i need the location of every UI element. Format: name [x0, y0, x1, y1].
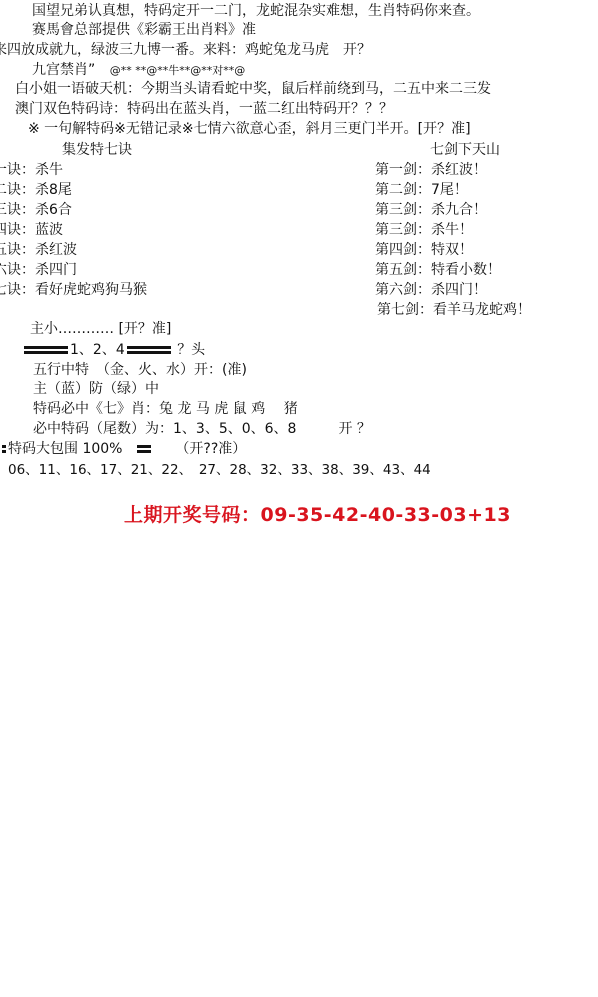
intro-line-3: 来四放成就九，绿波三九博一番。来料：鸡蛇兔龙马虎 开？	[0, 41, 371, 59]
double-bar-icon	[137, 445, 151, 453]
right-item: 第五剑：特看小数！	[375, 261, 501, 279]
nine-palace-label: 九宫禁肖”	[32, 62, 95, 78]
right-item: 第三剑：杀牛！	[375, 221, 473, 239]
main-small-tip: 主小………… [开？准]	[30, 320, 171, 338]
right-item: 第一剑：杀红波！	[375, 161, 487, 179]
left-item: 四诀：蓝波	[0, 221, 63, 239]
right-item: 第四剑：特双！	[375, 241, 473, 259]
left-item: 一诀：杀牛	[0, 161, 63, 179]
number-list: 06、11、16、17、21、22、 27、28、32、33、38、39、43、…	[8, 461, 431, 479]
last-draw-numbers: 09-35-42-40-33-03+13	[261, 504, 511, 526]
head-suffix: ？头	[177, 342, 205, 358]
right-item: 第二剑：7尾！	[375, 181, 468, 199]
intro-line-1: 国望兄弟认真想，特码定开一二门，龙蛇混杂实难想，生肖特码你来查。	[32, 2, 480, 20]
intro-line-5: 白小姐一语破天机：今期当头请看蛇中奖，鼠后样前绕到马，二五中来二三发	[15, 80, 491, 98]
tail-numbers-tip: 必中特码（尾数）为：1、3、5、0、6、8 开 ？	[33, 420, 371, 438]
zodiac-tip: 特码必中《七》肖：兔 龙 马 虎 鼠 鸡 猪	[33, 400, 298, 418]
big-wrap-suffix: （开??准）	[175, 441, 246, 457]
right-item: 第六剑：杀四门！	[375, 281, 487, 299]
right-item: 第三剑：杀九合！	[375, 201, 487, 219]
left-item: 五诀：杀红波	[0, 241, 77, 259]
right-item: 第七剑：看羊马龙蛇鸡！	[377, 301, 531, 319]
left-section-title: 集发特七诀	[62, 141, 132, 159]
intro-line-7: ※ 一句解特码※无错记录※七情六欲意心歪，斜月三更门半开。[开？准]	[28, 120, 471, 138]
main-color-tip: 主（蓝）防（绿）中	[33, 380, 159, 398]
double-bar-icon	[2, 445, 6, 453]
nine-palace-code: @** **@**牛**@**对**@	[110, 64, 246, 77]
last-draw-result: 上期开奖号码：09-35-42-40-33-03+13	[124, 500, 511, 527]
intro-line-4: 九宫禁肖” @** **@**牛**@**对**@	[32, 61, 245, 80]
right-section-title: 七剑下天山	[430, 141, 500, 159]
left-item: 六诀：杀四门	[0, 261, 77, 279]
last-draw-label: 上期开奖号码：	[124, 504, 261, 526]
big-wrap-tip: 特码大包围 100% （开??准）	[0, 440, 246, 458]
head-numbers-tip: 1、2、4 ？头	[22, 341, 205, 359]
left-item: 七诀：看好虎蛇鸡狗马猴	[0, 281, 147, 299]
left-item: 三诀：杀6合	[0, 201, 72, 219]
big-wrap-label: 特码大包围 100%	[8, 441, 122, 457]
triple-bar-icon	[127, 346, 171, 354]
intro-line-6: 澳门双色特码诗：特码出在蓝头肖，一蓝二红出特码开？？？	[15, 100, 393, 118]
intro-line-2: 赛馬會总部提供《彩霸王出肖料》准	[32, 21, 256, 39]
left-item: 二诀：杀8尾	[0, 181, 72, 199]
triple-bar-icon	[24, 346, 68, 354]
head-numbers: 1、2、4	[70, 342, 125, 358]
five-elements-tip: 五行中特 （金、火、水）开：(准)	[33, 361, 247, 379]
